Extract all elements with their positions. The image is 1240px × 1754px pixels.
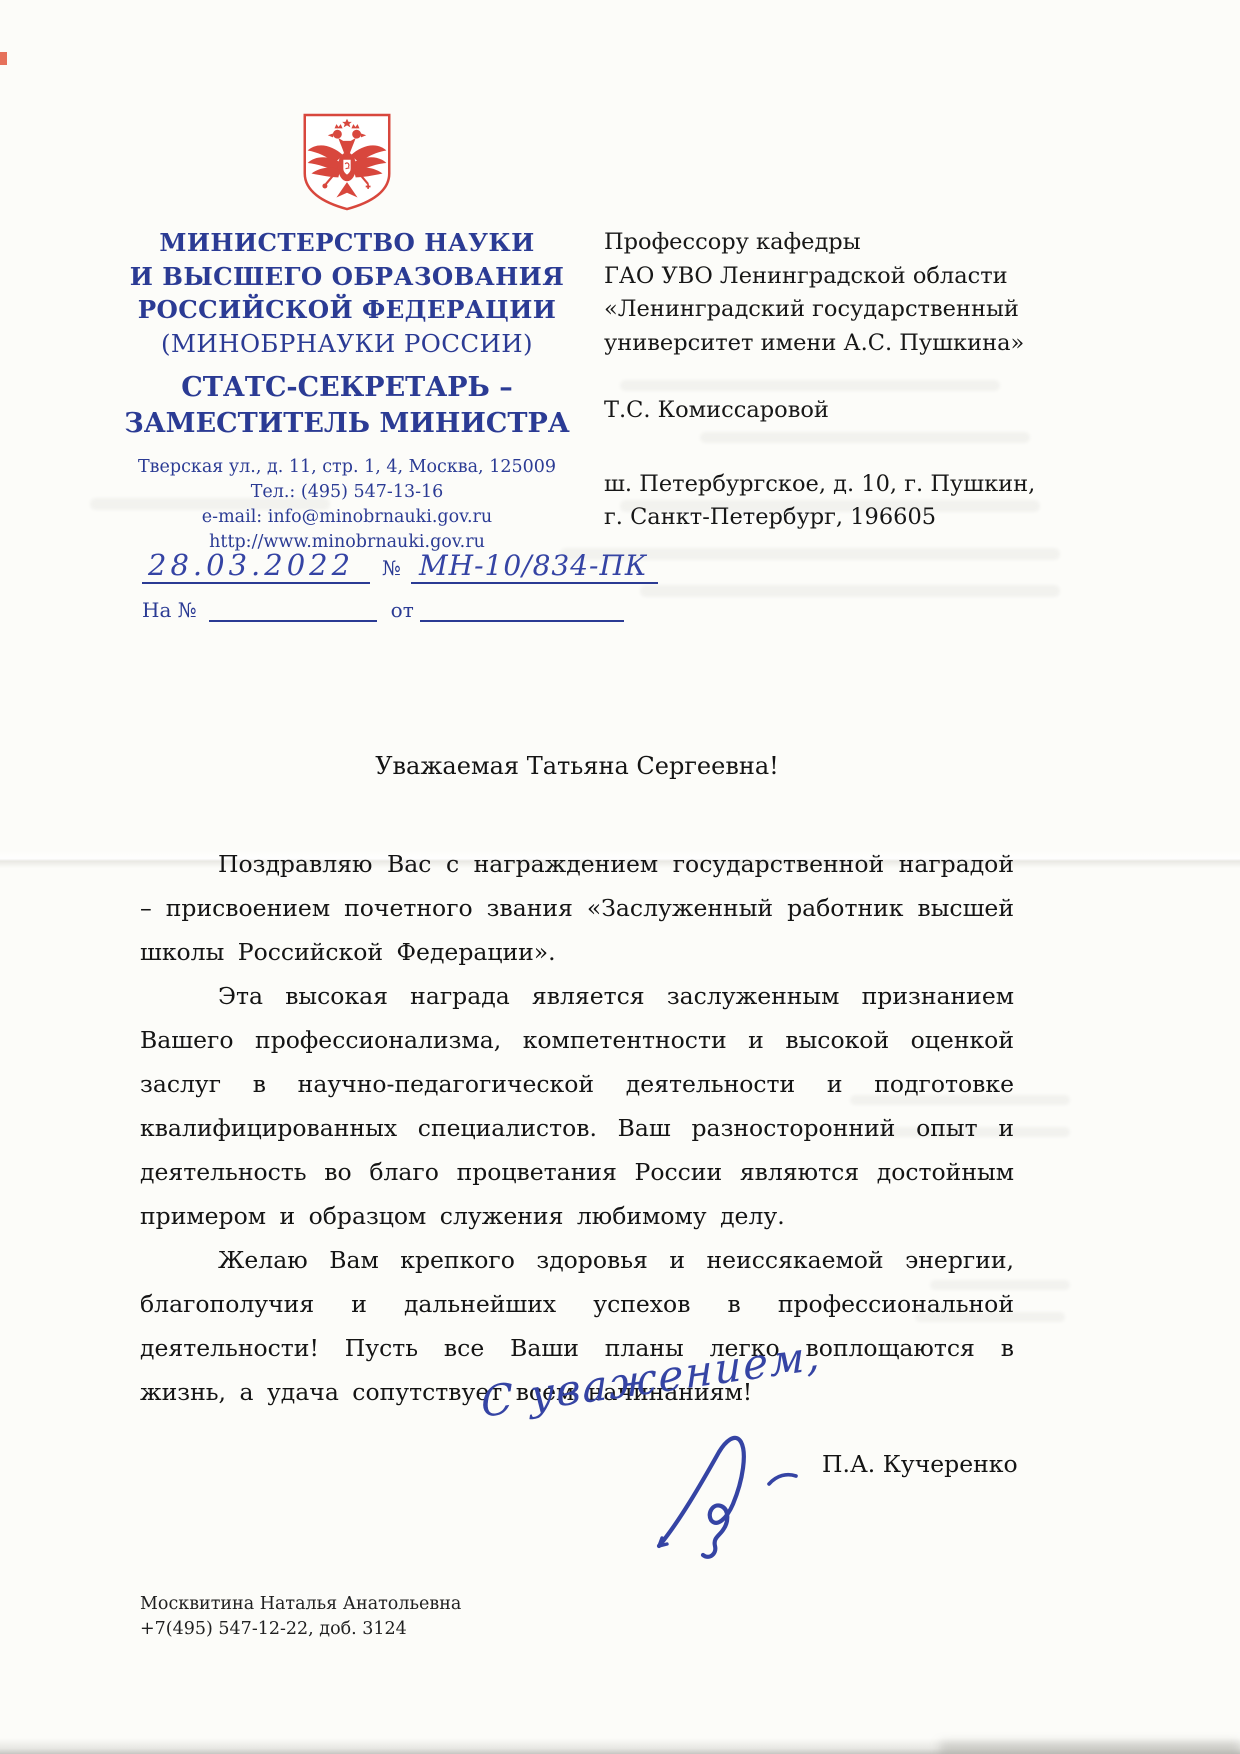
executor-contact: Москвитина Наталья Анатольевна +7(495) 5… (140, 1592, 461, 1642)
official-title-line: ЗАМЕСТИТЕЛЬ МИНИСТРА (116, 406, 578, 442)
recipient-address-line: г. Санкт-Петербург, 196605 (604, 501, 1056, 535)
ministry-line: РОССИЙСКОЙ ФЕДЕРАЦИИ (116, 293, 578, 327)
recipient-line: университет имени А.С. Пушкина» (604, 327, 1056, 361)
recipient-address-line: ш. Петербургское, д. 10, г. Пушкин, (604, 468, 1056, 502)
ministry-short-name: (МИНОБРНАУКИ РОССИИ) (116, 327, 578, 361)
reply-date-blank (420, 594, 624, 622)
official-title-line: СТАТС-СЕКРЕТАРЬ – (116, 370, 578, 406)
reply-prefix-label: На № (142, 598, 197, 622)
letterhead-contacts: Тверская ул., д. 11, стр. 1, 4, Москва, … (116, 455, 578, 555)
reference-date-row: 28.03.2022 № МН-10/834-ПК (142, 548, 658, 584)
letter-body: Поздравляю Вас с награждением государств… (140, 842, 1014, 1414)
number-sign: № (382, 556, 401, 580)
salutation: Уважаемая Татьяна Сергеевна! (140, 752, 1014, 780)
outgoing-date-handwritten: 28.03.2022 (142, 548, 370, 584)
recipient-address: ш. Петербургское, д. 10, г. Пушкин, г. С… (604, 468, 1056, 535)
outgoing-number-handwritten: МН-10/834-ПК (411, 549, 658, 584)
ministry-line: И ВЫСШЕГО ОБРАЗОВАНИЯ (116, 260, 578, 294)
ministry-name: МИНИСТЕРСТВО НАУКИ И ВЫСШЕГО ОБРАЗОВАНИЯ… (116, 226, 578, 360)
recipient-name: Т.С. Комиссаровой (604, 394, 1056, 428)
reply-number-blank (209, 594, 377, 622)
signature-icon (645, 1418, 845, 1583)
recipient-block: Профессору кафедры ГАО УВО Ленинградской… (604, 226, 1056, 535)
reply-from-label: от (391, 598, 414, 622)
scan-bottom-edge (0, 1738, 1240, 1754)
scan-edge-mark (0, 52, 7, 65)
letterhead: МИНИСТЕРСТВО НАУКИ И ВЫСШЕГО ОБРАЗОВАНИЯ… (116, 112, 578, 555)
recipient-line: Профессору кафедры (604, 226, 1056, 260)
reply-reference-row: На № от (142, 594, 624, 622)
letterhead-address: Тверская ул., д. 11, стр. 1, 4, Москва, … (116, 455, 578, 480)
official-title: СТАТС-СЕКРЕТАРЬ – ЗАМЕСТИТЕЛЬ МИНИСТРА (116, 370, 578, 442)
recipient-line: ГАО УВО Ленинградской области (604, 260, 1056, 294)
executor-name: Москвитина Наталья Анатольевна (140, 1592, 461, 1617)
paragraph: Эта высокая награда является заслуженным… (140, 974, 1014, 1238)
letterhead-email: e-mail: info@minobrnauki.gov.ru (116, 505, 578, 530)
coat-of-arms-icon (299, 112, 395, 212)
executor-phone: +7(495) 547-12-22, доб. 3124 (140, 1617, 461, 1642)
letterhead-phone: Тел.: (495) 547-13-16 (116, 480, 578, 505)
ministry-line: МИНИСТЕРСТВО НАУКИ (116, 226, 578, 260)
recipient-line: «Ленинградский государственный (604, 293, 1056, 327)
paragraph: Поздравляю Вас с награждением государств… (140, 842, 1014, 974)
letter-page: МИНИСТЕРСТВО НАУКИ И ВЫСШЕГО ОБРАЗОВАНИЯ… (0, 0, 1240, 1754)
bleed-through-artifact (640, 585, 1060, 597)
signer-name: П.А. Кучеренко (822, 1450, 1018, 1478)
scan-corner-shadow (940, 1742, 1240, 1754)
